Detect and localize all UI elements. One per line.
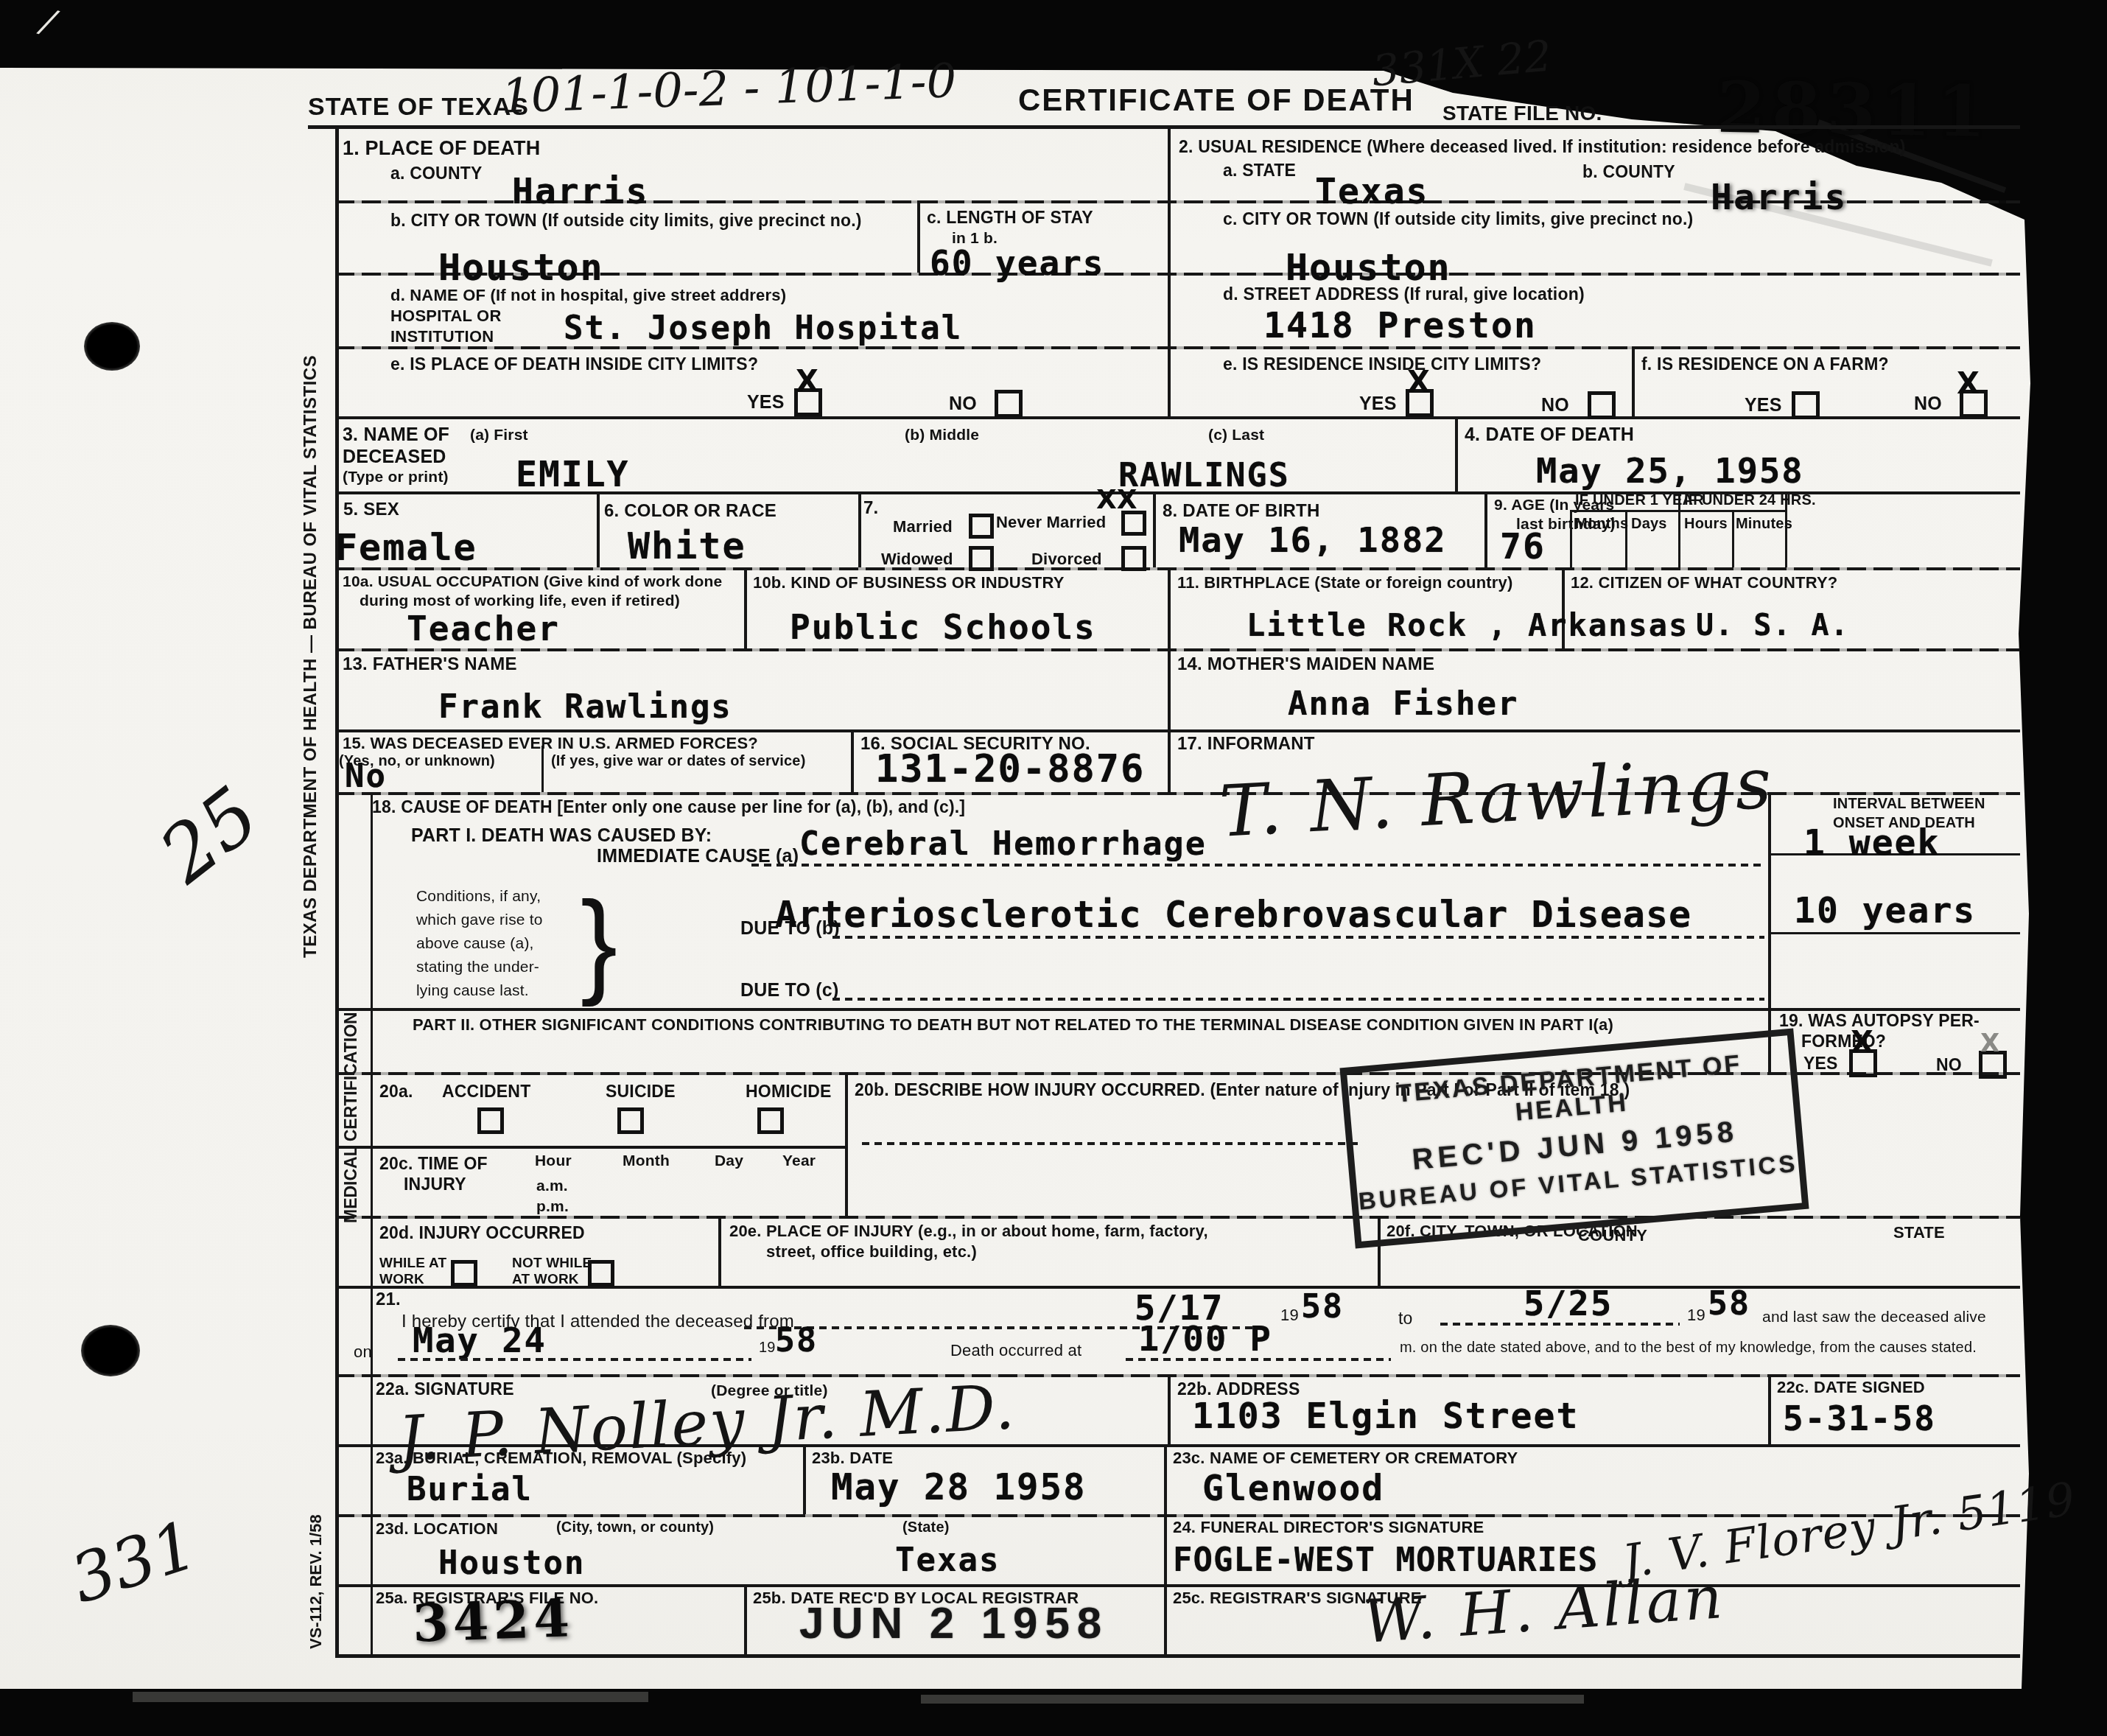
field-3-name-label3: (Type or print): [343, 469, 449, 486]
field-7-widowed-label: Widowed: [881, 550, 953, 569]
field-15-sub2-label: (If yes, give war or dates of service): [551, 753, 806, 770]
field-18-part1-label: PART I. DEATH WAS CAUSED BY:: [411, 825, 712, 847]
field-2d-street-value: 1418 Preston: [1263, 305, 1537, 346]
field-2a-state-label: a. STATE: [1223, 161, 1296, 181]
checkbox-1e-no: [995, 390, 1023, 418]
checkmark-2f-no: X: [1957, 367, 1980, 401]
field-1c-stay-label: c. LENGTH OF STAY: [927, 208, 1093, 228]
field-12-citizen-value: U. S. A.: [1696, 609, 1850, 643]
field-8-birth-value: May 16, 1882: [1179, 520, 1447, 561]
field-14-mother-value: Anna Fisher: [1288, 685, 1518, 723]
field-1d-hospital-label2: HOSPITAL OR: [390, 307, 502, 326]
field-2c-city-value: Houston: [1286, 246, 1451, 289]
field-23a-burial-label: 23a. BURIAL, CREMATION, REMOVAL (Specify…: [376, 1449, 746, 1468]
checkmark-1e-yes: X: [796, 365, 818, 399]
field-12-citizen-label: 12. CITIZEN OF WHAT COUNTRY?: [1571, 573, 1837, 592]
field-20a-label: 20a.: [379, 1082, 413, 1102]
checkmark-19-no-faint: X: [1980, 1029, 1999, 1058]
field-3-last-label: (c) Last: [1208, 427, 1264, 444]
field-23d-state-sublabel: (State): [902, 1519, 950, 1536]
field-1b-city-value: Houston: [438, 246, 604, 289]
field-10a-occupation-label: 10a. USUAL OCCUPATION (Give kind of work…: [343, 573, 722, 591]
field-11-birthplace-value: Little Rock , Arkansas: [1247, 607, 1689, 643]
field-23d-location-label: 23d. LOCATION: [376, 1519, 498, 1539]
field-10b-business-label: 10b. KIND OF BUSINESS OR INDUSTRY: [753, 573, 1065, 592]
field-14-mother-label: 14. MOTHER'S MAIDEN NAME: [1177, 654, 1434, 675]
field-23d-city-sublabel: (City, town, or county): [556, 1519, 714, 1536]
field-22a-signature-label: 22a. SIGNATURE: [376, 1379, 514, 1399]
field-10a-occupation-label2: during most of working life, even if ret…: [360, 592, 680, 610]
field-2f-yes-label: YES: [1745, 395, 1782, 416]
field-20f-county-label: COUNTY: [1578, 1226, 1647, 1245]
field-23b-date-label: 23b. DATE: [812, 1449, 893, 1468]
field-2f-no-label: NO: [1914, 393, 1942, 415]
certify-alive-date: May 24: [413, 1320, 547, 1361]
checkbox-20a-homicide: [757, 1107, 784, 1134]
field-20c-day-label: Day: [715, 1152, 743, 1170]
certify-58-b: 58: [1708, 1284, 1750, 1323]
field-13-father-value: Frank Rawlings: [438, 688, 732, 726]
handwritten-batch-note: 331X 22: [1370, 30, 1554, 96]
field-4-death-date-value: May 25, 1958: [1536, 451, 1804, 491]
checkbox-7-divorced: [1121, 546, 1146, 571]
field-13-father-label: 13. FATHER'S NAME: [343, 654, 517, 675]
checkmark-19-yes: X: [1851, 1026, 1873, 1060]
field-3-first-label: (a) First: [470, 427, 528, 444]
field-20c-label1: 20c. TIME OF: [379, 1154, 488, 1174]
field-2b-county-label: b. COUNTY: [1582, 162, 1675, 182]
field-9-under24-label: IF UNDER 24 HRS.: [1684, 492, 1816, 509]
checkbox-20a-accident: [477, 1107, 504, 1134]
field-2f-farm-label: f. IS RESIDENCE ON A FARM?: [1641, 354, 1889, 374]
field-7-never-married-label: Never Married: [996, 513, 1106, 532]
field-1e-yes-label: YES: [747, 392, 785, 413]
certify-text-4: m. on the date stated above, and to the …: [1400, 1340, 1977, 1357]
field-3-first-value: EMILY: [516, 454, 630, 495]
field-20c-month-label: Month: [623, 1152, 670, 1170]
field-11-birthplace-label: 11. BIRTHPLACE (State or foreign country…: [1177, 573, 1513, 592]
field-9-days-label: Days: [1631, 516, 1667, 533]
field-18c-due-label: DUE TO (c): [740, 980, 839, 1001]
field-8-birth-label: 8. DATE OF BIRTH: [1163, 501, 1319, 522]
field-2b-county-value: Harris: [1711, 177, 1847, 218]
field-20d-while2-label: WORK: [379, 1272, 424, 1288]
field-1d-hospital-value: St. Joseph Hospital: [564, 309, 962, 347]
checkbox-20a-suicide: [617, 1107, 644, 1134]
field-7-divorced-label: Divorced: [1031, 550, 1102, 569]
field-20f-state-label: STATE: [1893, 1223, 1945, 1242]
field-20a-accident-label: ACCIDENT: [442, 1082, 530, 1102]
field-23d-state-value: Texas: [895, 1541, 1000, 1579]
certify-58-c: 58: [775, 1320, 818, 1359]
field-1e-limits-label: e. IS PLACE OF DEATH INSIDE CITY LIMITS?: [390, 354, 758, 374]
field-9-age-value: 76: [1500, 526, 1546, 567]
field-20c-pm-label: p.m.: [536, 1198, 569, 1216]
field-20a-homicide-label: HOMICIDE: [746, 1082, 832, 1102]
interval-header-line1: INTERVAL BETWEEN: [1833, 796, 1985, 813]
checkbox-7-married: [969, 514, 994, 539]
field-20e-label2: street, office building, etc.): [766, 1242, 977, 1261]
section-2-title: 2. USUAL RESIDENCE (Where deceased lived…: [1179, 137, 1906, 157]
field-15-forces-value: No: [345, 757, 387, 795]
field-18-conditions-line1: Conditions, if any,: [416, 888, 541, 906]
field-18-conditions-line4: stating the under-: [416, 959, 539, 976]
field-16-ssn-value: 131-20-8876: [875, 747, 1145, 791]
field-17-informant-label: 17. INFORMANT: [1177, 734, 1315, 755]
field-7-married-label: Married: [893, 517, 953, 536]
certify-time-value: 1/00 P: [1138, 1319, 1272, 1359]
certify-until-date: 5/25: [1524, 1284, 1613, 1324]
field-1e-no-label: NO: [949, 393, 977, 415]
field-10b-business-value: Public Schools: [790, 607, 1096, 647]
field-1a-county-label: a. COUNTY: [390, 164, 482, 183]
checkbox-2f-yes: [1792, 391, 1820, 419]
state-file-no-label: STATE FILE NO.: [1442, 102, 1602, 125]
margin-dept-label: TEXAS DEPARTMENT OF HEALTH — BUREAU OF V…: [301, 355, 321, 958]
field-2e-yes-label: YES: [1359, 393, 1397, 415]
checkmark-2e-yes: X: [1407, 365, 1430, 399]
field-23c-cemetery-label: 23c. NAME OF CEMETERY OR CREMATORY: [1173, 1449, 1518, 1468]
checkbox-20d-not-while-at-work: [588, 1260, 614, 1287]
field-22c-date-label: 22c. DATE SIGNED: [1777, 1378, 1925, 1397]
field-20d-not1-label: NOT WHILE: [512, 1256, 592, 1272]
scan-noise: [133, 1692, 648, 1702]
checkmark-7-never-married: XX: [1096, 485, 1137, 515]
field-1b-city-label: b. CITY OR TOWN (If outside city limits,…: [390, 211, 862, 231]
field-24-funeral-firm: FOGLE-WEST MORTUARIES: [1173, 1541, 1598, 1579]
field-20d-while1-label: WHILE AT: [379, 1256, 446, 1272]
field-15-forces-label: 15. WAS DECEASED EVER IN U.S. ARMED FORC…: [343, 734, 758, 753]
interval-b-value: 10 years: [1794, 890, 1976, 931]
field-22c-date-value: 5-31-58: [1783, 1399, 1936, 1438]
checkbox-20d-while-at-work: [451, 1260, 477, 1287]
conditions-brace: }: [581, 875, 617, 1009]
certify-to: to: [1398, 1309, 1413, 1329]
field-2a-state-value: Texas: [1315, 171, 1429, 212]
certificate-title: CERTIFICATE OF DEATH: [1018, 83, 1414, 118]
certify-text-2: and last saw the deceased alive: [1762, 1309, 1986, 1326]
field-20c-hour-label: Hour: [535, 1152, 572, 1170]
field-2e-limits-label: e. IS RESIDENCE INSIDE CITY LIMITS?: [1223, 354, 1541, 374]
field-23b-date-value: May 28 1958: [831, 1466, 1087, 1508]
field-20c-am-label: a.m.: [536, 1177, 568, 1195]
field-18-cause-label: 18. CAUSE OF DEATH [Enter only one cause…: [372, 797, 965, 817]
field-23a-burial-value: Burial: [407, 1471, 533, 1508]
field-23c-cemetery-value: Glenwood: [1202, 1468, 1384, 1509]
field-20d-not2-label: AT WORK: [512, 1272, 579, 1288]
field-1d-hospital-label3: INSTITUTION: [390, 327, 494, 346]
section-1-title: 1. PLACE OF DEATH: [343, 137, 540, 160]
field-6-race-label: 6. COLOR OR RACE: [604, 501, 776, 522]
certify-58-a: 58: [1301, 1287, 1344, 1326]
field-23d-city-value: Houston: [438, 1544, 585, 1582]
hole-punch-top: [84, 322, 140, 371]
scan-noise: [921, 1695, 1584, 1704]
field-18b-due-value: Arteriosclerotic Cerebrovascular Disease: [775, 893, 1691, 936]
field-2d-street-label: d. STREET ADDRESS (If rural, give locati…: [1223, 284, 1585, 304]
checkbox-2e-no: [1588, 391, 1616, 419]
interval-a-value: 1 week: [1803, 822, 1940, 864]
certify-text-3: Death occurred at: [950, 1341, 1081, 1360]
field-2c-city-label: c. CITY OR TOWN (If outside city limits,…: [1223, 209, 1693, 229]
field-20c-label2: INJURY: [404, 1175, 466, 1194]
field-19-autopsy-label1: 19. WAS AUTOPSY PER-: [1779, 1011, 1980, 1031]
field-3-name-label2: DECEASED: [343, 447, 446, 468]
corner-pen-mark: /: [38, 1, 60, 42]
field-7-label: 7.: [863, 498, 878, 519]
death-certificate-scan: / TEXAS DEPARTMENT OF HEALTH — BUREAU OF…: [0, 0, 2107, 1736]
field-3-last-value: RAWLINGS: [1118, 455, 1290, 494]
certify-19-c: 19: [759, 1340, 776, 1357]
field-18-conditions-line5: lying cause last.: [416, 982, 529, 1000]
field-25a-file-value: 3424: [412, 1587, 575, 1654]
field-3-name-label1: 3. NAME OF: [343, 424, 449, 446]
field-4-death-date-label: 4. DATE OF DEATH: [1465, 424, 1634, 446]
field-18-part2-label: PART II. OTHER SIGNIFICANT CONDITIONS CO…: [413, 1015, 1613, 1035]
field-20e-label1: 20e. PLACE OF INJURY (e.g., in or about …: [729, 1222, 1208, 1241]
field-1a-county-value: Harris: [512, 171, 648, 212]
certify-on: on: [354, 1343, 372, 1362]
field-20c-year-label: Year: [782, 1152, 816, 1170]
field-19-yes-label: YES: [1803, 1054, 1838, 1074]
field-5-sex-value: Female: [335, 526, 477, 569]
field-1d-hospital-label: d. NAME OF (If not in hospital, give str…: [390, 286, 786, 305]
state-of-texas-label: STATE OF TEXAS: [308, 93, 529, 122]
field-9-hours-label: Hours: [1684, 516, 1728, 533]
field-1c-stay-value: 60 years: [930, 243, 1105, 283]
certify-19-b: 19: [1687, 1306, 1705, 1325]
field-18-conditions-line3: above cause (a),: [416, 935, 534, 953]
field-9-minutes-label: Minutes: [1736, 516, 1792, 533]
field-18-conditions-line2: which gave rise to: [416, 911, 543, 929]
field-19-no-label: NO: [1936, 1055, 1962, 1075]
field-25b-date-value: JUN 2 1958: [799, 1597, 1109, 1648]
margin-medical-certification-label: MEDICAL CERTIFICATION: [341, 1012, 361, 1223]
field-21-number: 21.: [376, 1289, 401, 1310]
field-9-months-label: Months: [1575, 516, 1628, 533]
field-20a-suicide-label: SUICIDE: [606, 1082, 676, 1102]
hole-punch-bottom: [81, 1325, 140, 1376]
field-6-race-value: White: [628, 525, 746, 567]
margin-form-number: VS-112, REV. 1/58: [306, 1514, 326, 1649]
field-22b-address-value: 1103 Elgin Street: [1192, 1396, 1579, 1437]
field-20d-label: 20d. INJURY OCCURRED: [379, 1223, 585, 1243]
field-10a-occupation-value: Teacher: [407, 609, 560, 648]
checkbox-7-widowed: [969, 546, 994, 571]
field-18a-immediate-value: Cerebral Hemorrhage: [799, 824, 1207, 863]
certify-19-a: 19: [1280, 1306, 1299, 1325]
field-2e-no-label: NO: [1541, 395, 1569, 416]
field-3-middle-label: (b) Middle: [905, 427, 979, 444]
field-24-funeral-label: 24. FUNERAL DIRECTOR'S SIGNATURE: [1173, 1518, 1484, 1537]
field-5-sex-label: 5. SEX: [343, 500, 399, 520]
